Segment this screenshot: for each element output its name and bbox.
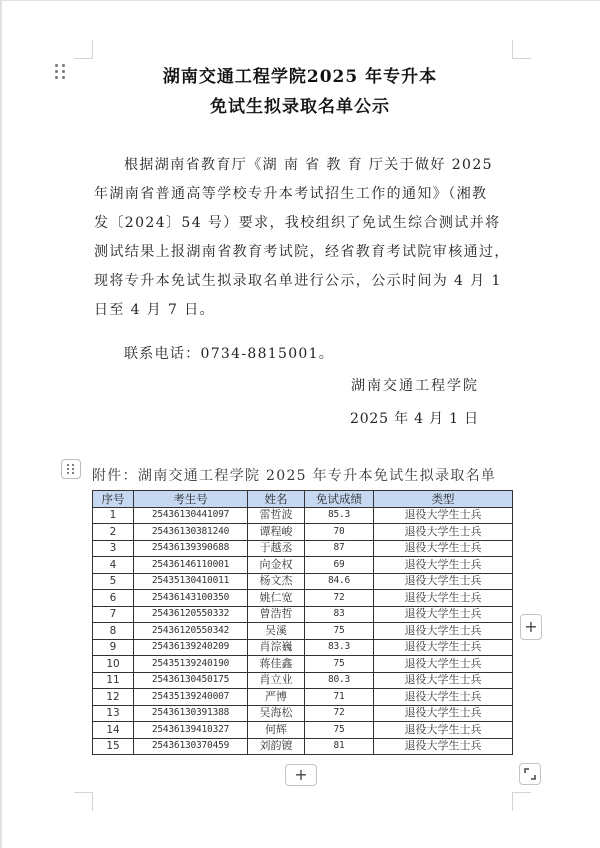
plus-icon: + <box>524 619 537 635</box>
cell-score: 75 <box>305 722 374 739</box>
cell-type: 退役大学生士兵 <box>374 507 513 524</box>
cell-score: 70 <box>305 524 374 541</box>
cell-score: 71 <box>305 689 374 706</box>
cell-score: 85.3 <box>305 507 374 524</box>
table-row: 1425436139410327何辉75退役大学生士兵 <box>93 722 513 739</box>
cell-exam-id: 25436130370459 <box>134 738 248 755</box>
column-header-no: 序号 <box>93 491 134 508</box>
table-row: 1225435139240007严博71退役大学生士兵 <box>93 689 513 706</box>
cell-no: 3 <box>93 540 134 557</box>
cell-name: 于越丞 <box>248 540 305 557</box>
table-row: 725436120550332曾浩哲83退役大学生士兵 <box>93 606 513 623</box>
column-header-name: 姓名 <box>248 491 305 508</box>
contact-phone: 联系电话：0734-8815001。 <box>124 343 334 363</box>
cell-name: 严博 <box>248 689 305 706</box>
cell-type: 退役大学生士兵 <box>374 738 513 755</box>
cell-exam-id: 25436130381240 <box>134 524 248 541</box>
cell-exam-id: 25436139240209 <box>134 639 248 656</box>
body-line: 发〔2024〕54 号）要求，我校组织了免试生综合测试并将 <box>94 209 514 238</box>
cell-type: 退役大学生士兵 <box>374 656 513 673</box>
cell-no: 4 <box>93 557 134 574</box>
table-row: 625436143100350姚仁宽72退役大学生士兵 <box>93 590 513 607</box>
cell-exam-id: 25436143100350 <box>134 590 248 607</box>
margin-corner-top-right <box>512 40 531 59</box>
cell-score: 75 <box>305 656 374 673</box>
margin-corner-bottom-right <box>512 792 531 811</box>
cell-score: 81 <box>305 738 374 755</box>
table-row: 525435130410011杨文杰84.6退役大学生士兵 <box>93 573 513 590</box>
cell-type: 退役大学生士兵 <box>374 590 513 607</box>
cell-type: 退役大学生士兵 <box>374 606 513 623</box>
cell-no: 1 <box>93 507 134 524</box>
add-row-button[interactable]: + <box>285 764 317 786</box>
cell-type: 退役大学生士兵 <box>374 705 513 722</box>
margin-corner-bottom-left <box>74 792 93 811</box>
table-row: 1125436130450175肖立业80.3退役大学生士兵 <box>93 672 513 689</box>
cell-score: 87 <box>305 540 374 557</box>
table-row: 125436130441097雷哲波85.3退役大学生士兵 <box>93 507 513 524</box>
cell-exam-id: 25436130450175 <box>134 672 248 689</box>
cell-exam-id: 25436146110001 <box>134 557 248 574</box>
cell-type: 退役大学生士兵 <box>374 639 513 656</box>
cell-exam-id: 25435139240190 <box>134 656 248 673</box>
table-row: 825436120550342吴溪75退役大学生士兵 <box>93 623 513 640</box>
body-line: 日至 4 月 7 日。 <box>94 296 514 325</box>
column-header-exam-id: 考生号 <box>134 491 248 508</box>
annex-title: 附件：湖南交通工程学院 2025 年专升本免试生拟录取名单 <box>92 465 496 485</box>
cell-score: 83.3 <box>305 639 374 656</box>
cell-type: 退役大学生士兵 <box>374 672 513 689</box>
cell-no: 15 <box>93 738 134 755</box>
margin-corner-top-left <box>74 40 93 59</box>
cell-name: 肖淙巍 <box>248 639 305 656</box>
cell-exam-id: 25436139410327 <box>134 722 248 739</box>
table-move-handle-icon[interactable] <box>61 459 81 479</box>
plus-icon: + <box>294 767 307 783</box>
cell-type: 退役大学生士兵 <box>374 557 513 574</box>
resize-corner-icon <box>524 768 536 780</box>
cell-name: 杨文杰 <box>248 573 305 590</box>
cell-name: 曾浩哲 <box>248 606 305 623</box>
table-row: 1025435139240190蒋佳鑫75退役大学生士兵 <box>93 656 513 673</box>
cell-no: 12 <box>93 689 134 706</box>
table-row: 1525436130370459刘韵镀81退役大学生士兵 <box>93 738 513 755</box>
cell-score: 75 <box>305 623 374 640</box>
cell-type: 退役大学生士兵 <box>374 524 513 541</box>
cell-name: 何辉 <box>248 722 305 739</box>
cell-name: 向金权 <box>248 557 305 574</box>
cell-exam-id: 25435139240007 <box>134 689 248 706</box>
body-line: 根据湖南省教育厅《湖 南 省 教 育 厅关于做好 2025 <box>94 151 514 180</box>
document-title-line-1: 湖南交通工程学院2025 年专升本 <box>0 62 600 87</box>
cell-exam-id: 25436120550342 <box>134 623 248 640</box>
cell-no: 9 <box>93 639 134 656</box>
cell-exam-id: 25436139390688 <box>134 540 248 557</box>
cell-name: 雷哲波 <box>248 507 305 524</box>
cell-no: 2 <box>93 524 134 541</box>
table-resize-button[interactable] <box>519 763 541 785</box>
signer-institution: 湖南交通工程学院 <box>351 375 479 395</box>
cell-no: 10 <box>93 656 134 673</box>
cell-score: 72 <box>305 705 374 722</box>
signature-date: 2025 年 4 月 1 日 <box>350 408 479 428</box>
cell-no: 7 <box>93 606 134 623</box>
cell-score: 72 <box>305 590 374 607</box>
cell-type: 退役大学生士兵 <box>374 540 513 557</box>
table-row: 925436139240209肖淙巍83.3退役大学生士兵 <box>93 639 513 656</box>
cell-score: 69 <box>305 557 374 574</box>
cell-score: 80.3 <box>305 672 374 689</box>
table-row: 225436130381240谭程峻70退役大学生士兵 <box>93 524 513 541</box>
cell-name: 吴溪 <box>248 623 305 640</box>
cell-name: 姚仁宽 <box>248 590 305 607</box>
cell-no: 13 <box>93 705 134 722</box>
body-line: 测试结果上报湖南省教育考试院，经省教育考试院审核通过， <box>94 238 514 267</box>
cell-no: 6 <box>93 590 134 607</box>
admission-roster-table: 序号 考生号 姓名 免试成绩 类型 125436130441097雷哲波85.3… <box>92 490 513 755</box>
table-row: 425436146110001向金权69退役大学生士兵 <box>93 557 513 574</box>
cell-no: 11 <box>93 672 134 689</box>
cell-name: 蒋佳鑫 <box>248 656 305 673</box>
table-row: 1325436130391388吴海松72退役大学生士兵 <box>93 705 513 722</box>
cell-name: 肖立业 <box>248 672 305 689</box>
cell-no: 14 <box>93 722 134 739</box>
cell-exam-id: 25436130441097 <box>134 507 248 524</box>
cell-no: 8 <box>93 623 134 640</box>
cell-type: 退役大学生士兵 <box>374 689 513 706</box>
table-header-row: 序号 考生号 姓名 免试成绩 类型 <box>93 491 513 508</box>
cell-name: 吴海松 <box>248 705 305 722</box>
cell-score: 83 <box>305 606 374 623</box>
cell-type: 退役大学生士兵 <box>374 722 513 739</box>
page-edge-left <box>0 0 2 848</box>
cell-exam-id: 25436130391388 <box>134 705 248 722</box>
table-row: 325436139390688于越丞87退役大学生士兵 <box>93 540 513 557</box>
body-line: 现将专升本免试生拟录取名单进行公示，公示时间为 4 月 1 <box>94 267 514 296</box>
cell-exam-id: 25435130410011 <box>134 573 248 590</box>
cell-type: 退役大学生士兵 <box>374 623 513 640</box>
cell-no: 5 <box>93 573 134 590</box>
notice-body: 根据湖南省教育厅《湖 南 省 教 育 厅关于做好 2025 年湖南省普通高等学校… <box>94 151 514 325</box>
cell-exam-id: 25436120550332 <box>134 606 248 623</box>
cell-type: 退役大学生士兵 <box>374 573 513 590</box>
body-line: 年湖南省普通高等学校专升本考试招生工作的通知》（湘教 <box>94 180 514 209</box>
add-column-button[interactable]: + <box>520 614 542 640</box>
column-header-score: 免试成绩 <box>305 491 374 508</box>
document-title-line-2: 免试生拟录取名单公示 <box>0 92 600 117</box>
page-edge-top <box>0 0 600 1</box>
cell-name: 刘韵镀 <box>248 738 305 755</box>
cell-name: 谭程峻 <box>248 524 305 541</box>
cell-score: 84.6 <box>305 573 374 590</box>
column-header-type: 类型 <box>374 491 513 508</box>
